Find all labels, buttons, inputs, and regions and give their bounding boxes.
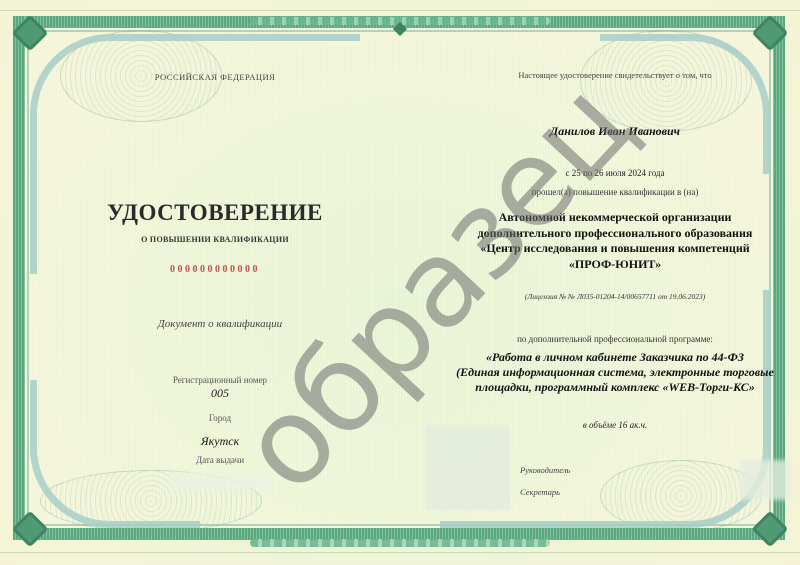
blank-number: 000000000000 [120, 264, 310, 275]
seal-redacted [425, 425, 510, 510]
document-subtitle: О ПОВЫШЕНИИ КВАЛИФИКАЦИИ [100, 235, 330, 244]
head-signature-label: Руководитель [520, 465, 570, 475]
document-title: УДОСТОВЕРЕНИЕ [100, 200, 330, 226]
signature-redacted [740, 460, 790, 500]
certificate-sheet: РОССИЙСКАЯ ФЕДЕРАЦИЯ УДОСТОВЕРЕНИЕ О ПОВ… [0, 0, 800, 565]
secretary-signature-label: Секретарь [520, 487, 560, 497]
country-label: РОССИЙСКАЯ ФЕДЕРАЦИЯ [130, 72, 300, 82]
certificate-intro: Настоящее удостоверение свидетельствует … [430, 70, 800, 80]
issue-date-redacted [170, 472, 270, 490]
program-name: «Работа в личном кабинете Заказчика по 4… [430, 350, 800, 395]
document-kind: Документ о квалификации [120, 318, 320, 330]
